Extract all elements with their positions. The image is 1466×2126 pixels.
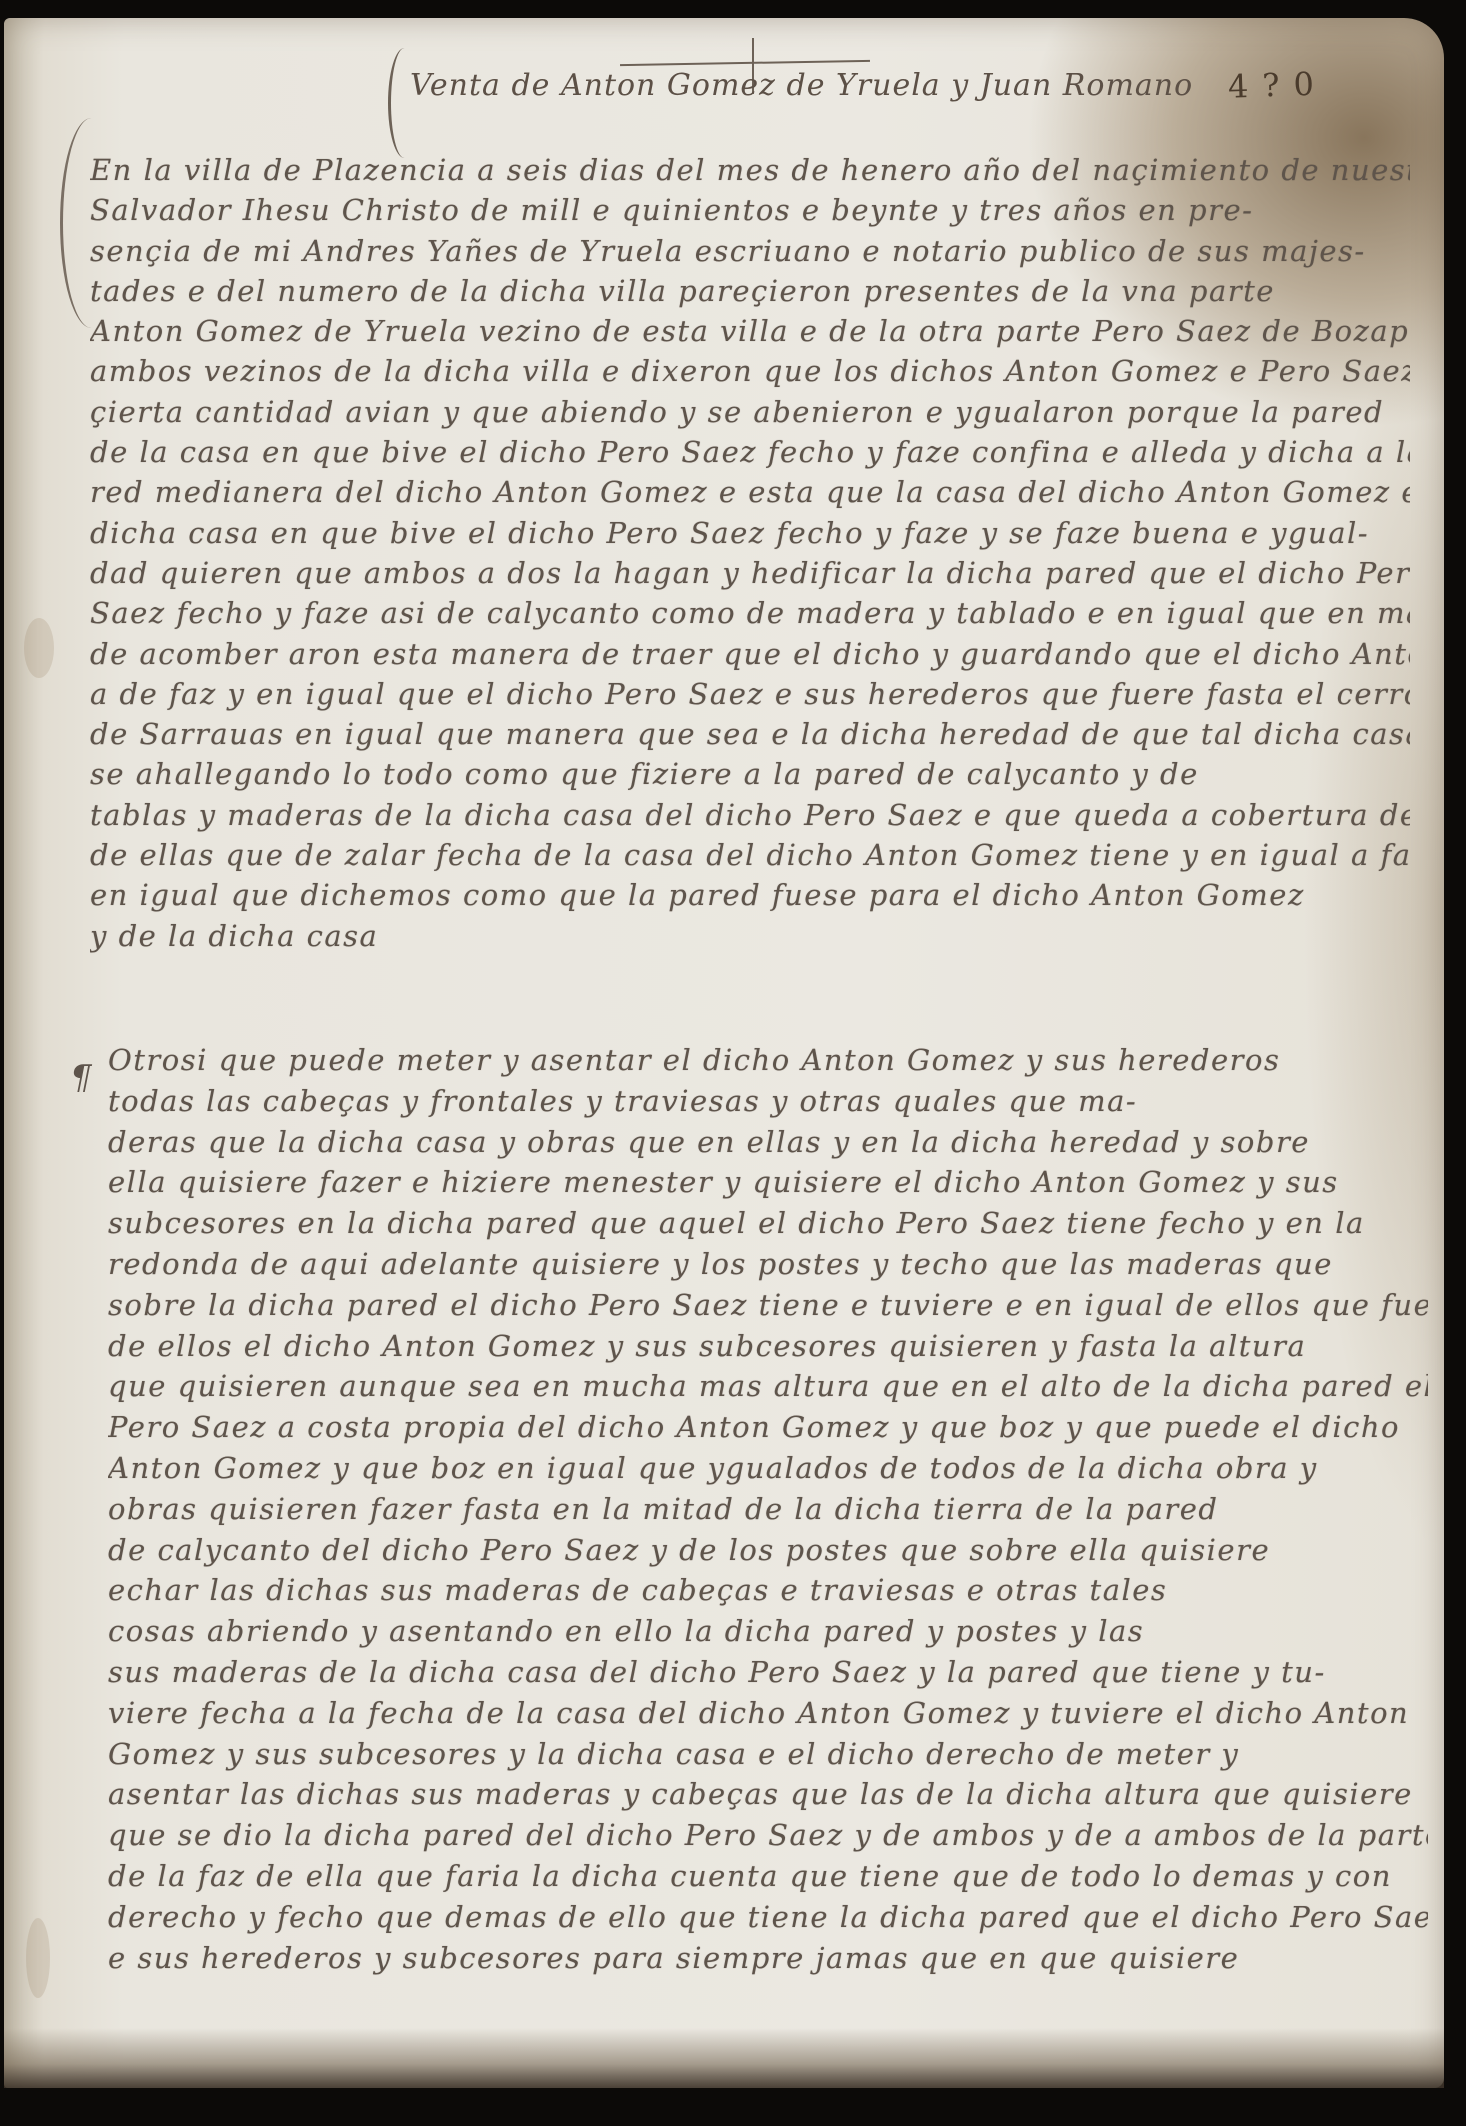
text-line: Anton Gomez y que boz en igual que ygual… (108, 1448, 1428, 1489)
text-line: En la villa de Plazencia a seis dias del… (90, 150, 1410, 190)
text-line: ella quisiere fazer e hiziere menester y… (108, 1162, 1428, 1203)
paper-stain (24, 618, 54, 678)
paragraph-2: Otrosi que puede meter y asentar el dich… (108, 1040, 1428, 1978)
text-line: Gomez y sus subcesores y la dicha casa e… (108, 1734, 1428, 1775)
text-line: viere fecha a la fecha de la casa del di… (108, 1693, 1428, 1734)
text-line: Saez fecho y faze asi de calycanto como … (90, 593, 1410, 633)
text-line: sobre la dicha pared el dicho Pero Saez … (108, 1285, 1428, 1326)
heading-bracket (388, 48, 421, 158)
paper-stain (26, 1918, 50, 1998)
paragraph-marker: ¶ (70, 1058, 92, 1098)
folio-number: 4?0 (1227, 64, 1328, 105)
text-line: en igual que dichemos como que la pared … (90, 875, 1410, 915)
text-line: tades e del numero de la dicha villa par… (90, 271, 1410, 311)
text-line: Pero Saez a costa propia del dicho Anton… (108, 1407, 1428, 1448)
text-line: de Sarrauas en igual que manera que sea … (90, 714, 1410, 754)
text-line: dad quieren que ambos a dos la hagan y h… (90, 553, 1410, 593)
text-line: cosas abriendo y asentando en ello la di… (108, 1611, 1428, 1652)
text-line: de calycanto del dicho Pero Saez y de lo… (108, 1530, 1428, 1571)
text-line: sus maderas de la dicha casa del dicho P… (108, 1652, 1428, 1693)
text-line: que se dio la dicha pared del dicho Pero… (108, 1815, 1428, 1856)
text-line: dicha casa en que bive el dicho Pero Sae… (90, 513, 1410, 553)
text-line: Otrosi que puede meter y asentar el dich… (108, 1040, 1428, 1081)
page-bottom-edge (4, 2028, 1444, 2088)
text-line: obras quisieren fazer fasta en la mitad … (108, 1489, 1428, 1530)
text-line: subcesores en la dicha pared que aquel e… (108, 1203, 1428, 1244)
text-line: a de faz y en igual que el dicho Pero Sa… (90, 674, 1410, 714)
document-heading: Venta de Anton Gomez de Yruela y Juan Ro… (410, 68, 1193, 103)
text-line: de acomber aron esta manera de traer que… (90, 634, 1410, 674)
text-line: de la faz de ella que faria la dicha cue… (108, 1856, 1428, 1897)
text-line: e sus herederos y subcesores para siempr… (108, 1938, 1428, 1979)
text-line: de la casa en que bive el dicho Pero Sae… (90, 432, 1410, 472)
text-line: asentar las dichas sus maderas y cabeças… (108, 1774, 1428, 1815)
text-line: y de la dicha casa (90, 916, 1410, 956)
text-line: echar las dichas sus maderas de cabeças … (108, 1570, 1428, 1611)
text-line: Anton Gomez de Yruela vezino de esta vil… (90, 311, 1410, 351)
text-line: de ellas que de zalar fecha de la casa d… (90, 835, 1410, 875)
text-line: tablas y maderas de la dicha casa del di… (90, 795, 1410, 835)
text-line: derecho y fecho que demas de ello que ti… (108, 1897, 1428, 1938)
text-line: Salvador Ihesu Christo de mill e quinien… (90, 190, 1410, 230)
text-line: se ahallegando lo todo como que fiziere … (90, 754, 1410, 794)
text-line: todas las cabeças y frontales y traviesa… (108, 1081, 1428, 1122)
paragraph-1: En la villa de Plazencia a seis dias del… (90, 150, 1410, 956)
text-line: de ellos el dicho Anton Gomez y sus subc… (108, 1326, 1428, 1367)
text-line: ambos vezinos de la dicha villa e dixero… (90, 351, 1410, 391)
text-line: que quisieren aunque sea en mucha mas al… (108, 1366, 1428, 1407)
text-line: redonda de aqui adelante quisiere y los … (108, 1244, 1428, 1285)
text-line: deras que la dicha casa y obras que en e… (108, 1122, 1428, 1163)
text-line: sençia de mi Andres Yañes de Yruela escr… (90, 231, 1410, 271)
text-line: çierta cantidad avian y que abiendo y se… (90, 392, 1410, 432)
text-line: red medianera del dicho Anton Gomez e es… (90, 472, 1410, 512)
